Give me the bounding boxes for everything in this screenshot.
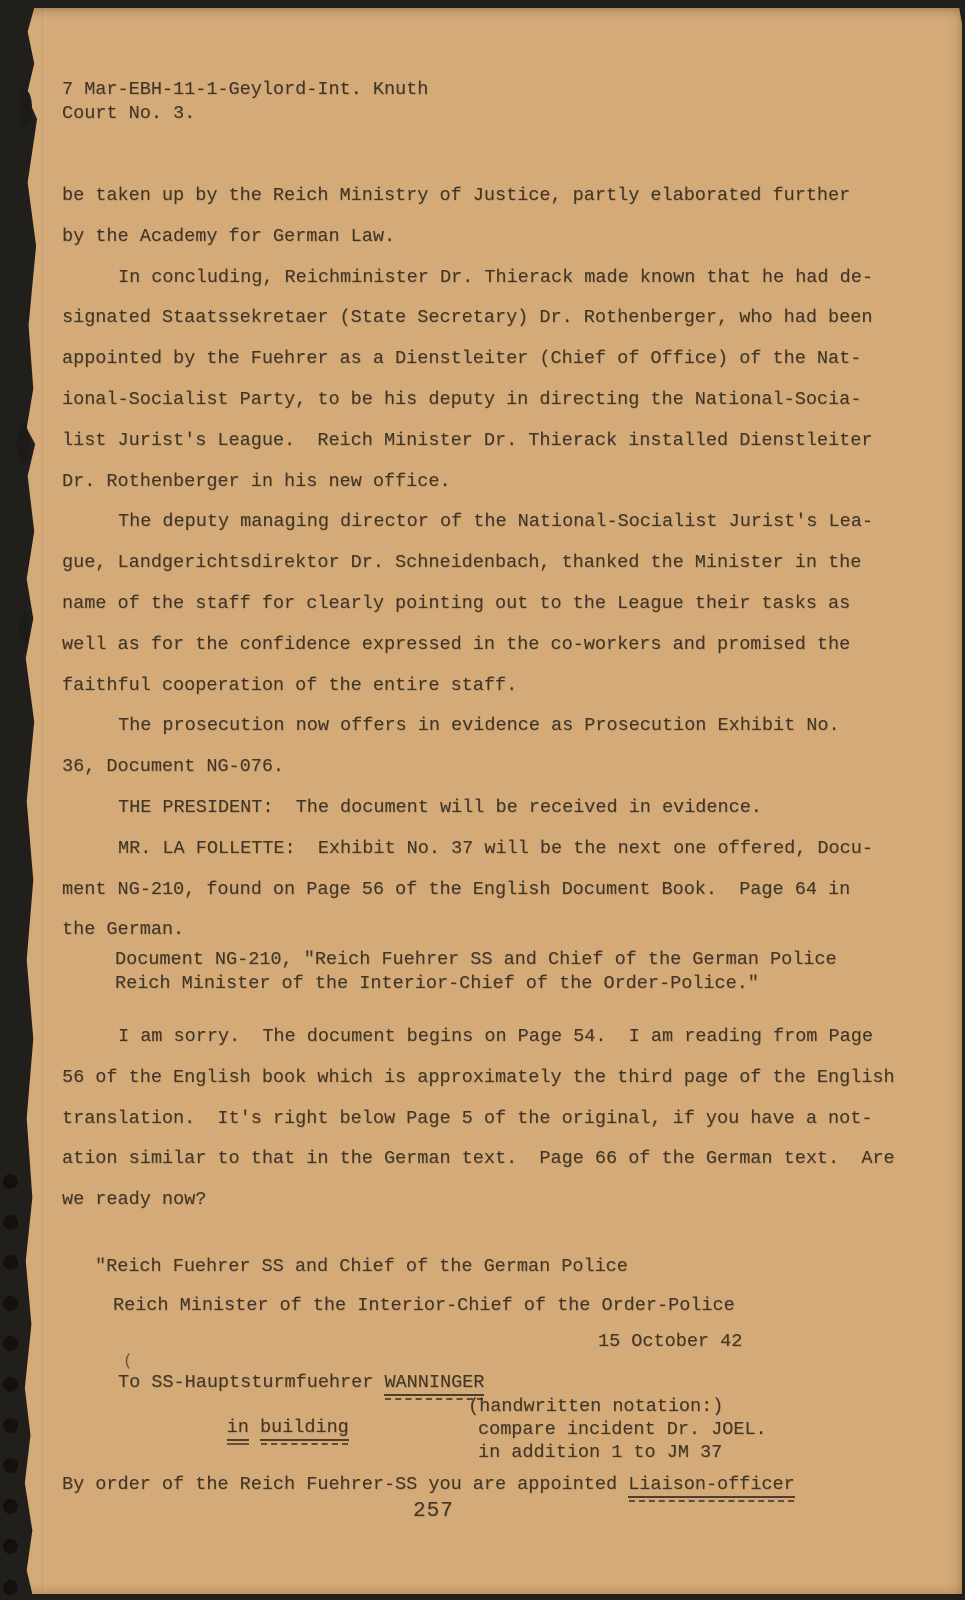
transcript-line: we ready now? bbox=[62, 1180, 895, 1221]
addressee-name-underlined: WANNINGER bbox=[384, 1372, 484, 1396]
binding-hole bbox=[3, 1255, 18, 1270]
location-words: in building bbox=[227, 1417, 349, 1438]
paper-crease bbox=[42, 10, 45, 1590]
transcript-line: be taken up by the Reich Ministry of Jus… bbox=[62, 176, 873, 217]
transcript-line: The prosecution now offers in evidence a… bbox=[62, 706, 873, 747]
torn-edge-mark bbox=[17, 422, 29, 466]
transcript-line: well as for the confidence expressed in … bbox=[62, 625, 873, 666]
letter-addressee-line: To SS-Hauptsturmfuehrer WANNINGER bbox=[118, 1372, 484, 1393]
transcript-line: 36, Document NG-076. bbox=[62, 747, 873, 788]
binding-hole bbox=[3, 1174, 18, 1189]
handwritten-notation-line-2: compare incident Dr. JOEL. bbox=[478, 1419, 767, 1440]
letter-body-text: By order of the Reich Fuehrer-SS you are… bbox=[62, 1474, 628, 1495]
binding-hole bbox=[3, 1458, 18, 1473]
document-citation-block: Document NG-210, "Reich Fuehrer SS and C… bbox=[115, 948, 837, 995]
transcript-line: ional-Socialist Party, to be his deputy … bbox=[62, 380, 873, 421]
binding-hole bbox=[3, 1336, 18, 1351]
addressee-prefix: To SS-Hauptsturmfuehrer bbox=[118, 1372, 384, 1393]
binding-hole bbox=[3, 1499, 18, 1514]
transcript-line: In concluding, Reichminister Dr. Thierac… bbox=[62, 258, 873, 299]
letter-date: 15 October 42 bbox=[598, 1331, 742, 1352]
citation-line: Document NG-210, "Reich Fuehrer SS and C… bbox=[115, 948, 837, 972]
page-number: 257 bbox=[413, 1500, 454, 1523]
transcript-line: appointed by the Fuehrer as a Dienstleit… bbox=[62, 339, 873, 380]
binding-holes bbox=[3, 1174, 18, 1595]
transcript-line: signated Staatssekretaer (State Secretar… bbox=[62, 298, 873, 339]
transcript-line: gue, Landgerichtsdirektor Dr. Schneidenb… bbox=[62, 543, 873, 584]
letter-body-line: By order of the Reich Fuehrer-SS you are… bbox=[62, 1474, 795, 1495]
transcript-line: ment NG-210, found on Page 56 of the Eng… bbox=[62, 870, 873, 911]
scanned-transcript-page: 7 Mar-EBH-11-1-Geylord-Int. Knuth Court … bbox=[0, 0, 965, 1600]
transcript-line: by the Academy for German Law. bbox=[62, 217, 873, 258]
binding-hole bbox=[3, 1539, 18, 1554]
transcript-line: Dr. Rothenberger in his new office. bbox=[62, 462, 873, 503]
transcript-line: ation similar to that in the German text… bbox=[62, 1139, 895, 1180]
location-word-building: building bbox=[260, 1417, 349, 1441]
transcript-line: translation. It's right below Page 5 of … bbox=[62, 1099, 895, 1140]
transcript-line: list Jurist's League. Reich Minister Dr.… bbox=[62, 421, 873, 462]
transcript-line: the German. bbox=[62, 910, 873, 951]
transcript-line: 56 of the English book which is approxim… bbox=[62, 1058, 895, 1099]
stray-type-mark: ( bbox=[123, 1352, 133, 1370]
transcript-line: faithful cooperation of the entire staff… bbox=[62, 666, 873, 707]
transcript-body-2: I am sorry. The document begins on Page … bbox=[62, 1017, 895, 1221]
citation-line: Reich Minister of the Interior-Chief of … bbox=[115, 972, 837, 996]
binding-hole bbox=[3, 1296, 18, 1311]
torn-edge-mark bbox=[19, 612, 29, 644]
space bbox=[249, 1417, 260, 1438]
binding-hole bbox=[3, 1377, 18, 1392]
transcript-line: MR. LA FOLLETTE: Exhibit No. 37 will be … bbox=[62, 829, 873, 870]
location-word-in: in bbox=[227, 1417, 249, 1441]
header-line-1: 7 Mar-EBH-11-1-Geylord-Int. Knuth bbox=[62, 78, 428, 102]
transcript-line: THE PRESIDENT: The document will be rece… bbox=[62, 788, 873, 829]
liaison-officer-underlined: Liaison-officer bbox=[628, 1474, 795, 1498]
torn-edge-mark bbox=[19, 90, 32, 126]
binding-hole bbox=[3, 1418, 18, 1433]
transcript-line: I am sorry. The document begins on Page … bbox=[62, 1017, 895, 1058]
transcript-line: The deputy managing director of the Nati… bbox=[62, 502, 873, 543]
binding-hole bbox=[3, 1580, 18, 1595]
handwritten-notation-line-3: in addition 1 to JM 37 bbox=[478, 1442, 722, 1463]
header-line-2: Court No. 3. bbox=[62, 102, 428, 126]
transcript-line: name of the staff for clearly pointing o… bbox=[62, 584, 873, 625]
handwritten-notation-label: (handwritten notation:) bbox=[468, 1396, 723, 1417]
page-header: 7 Mar-EBH-11-1-Geylord-Int. Knuth Court … bbox=[62, 78, 428, 126]
transcript-body: be taken up by the Reich Ministry of Jus… bbox=[62, 176, 873, 951]
letter-quote-line-1: "Reich Fuehrer SS and Chief of the Germa… bbox=[95, 1256, 628, 1277]
binding-hole bbox=[3, 1215, 18, 1230]
letter-quote-line-2: Reich Minister of the Interior-Chief of … bbox=[113, 1295, 735, 1316]
